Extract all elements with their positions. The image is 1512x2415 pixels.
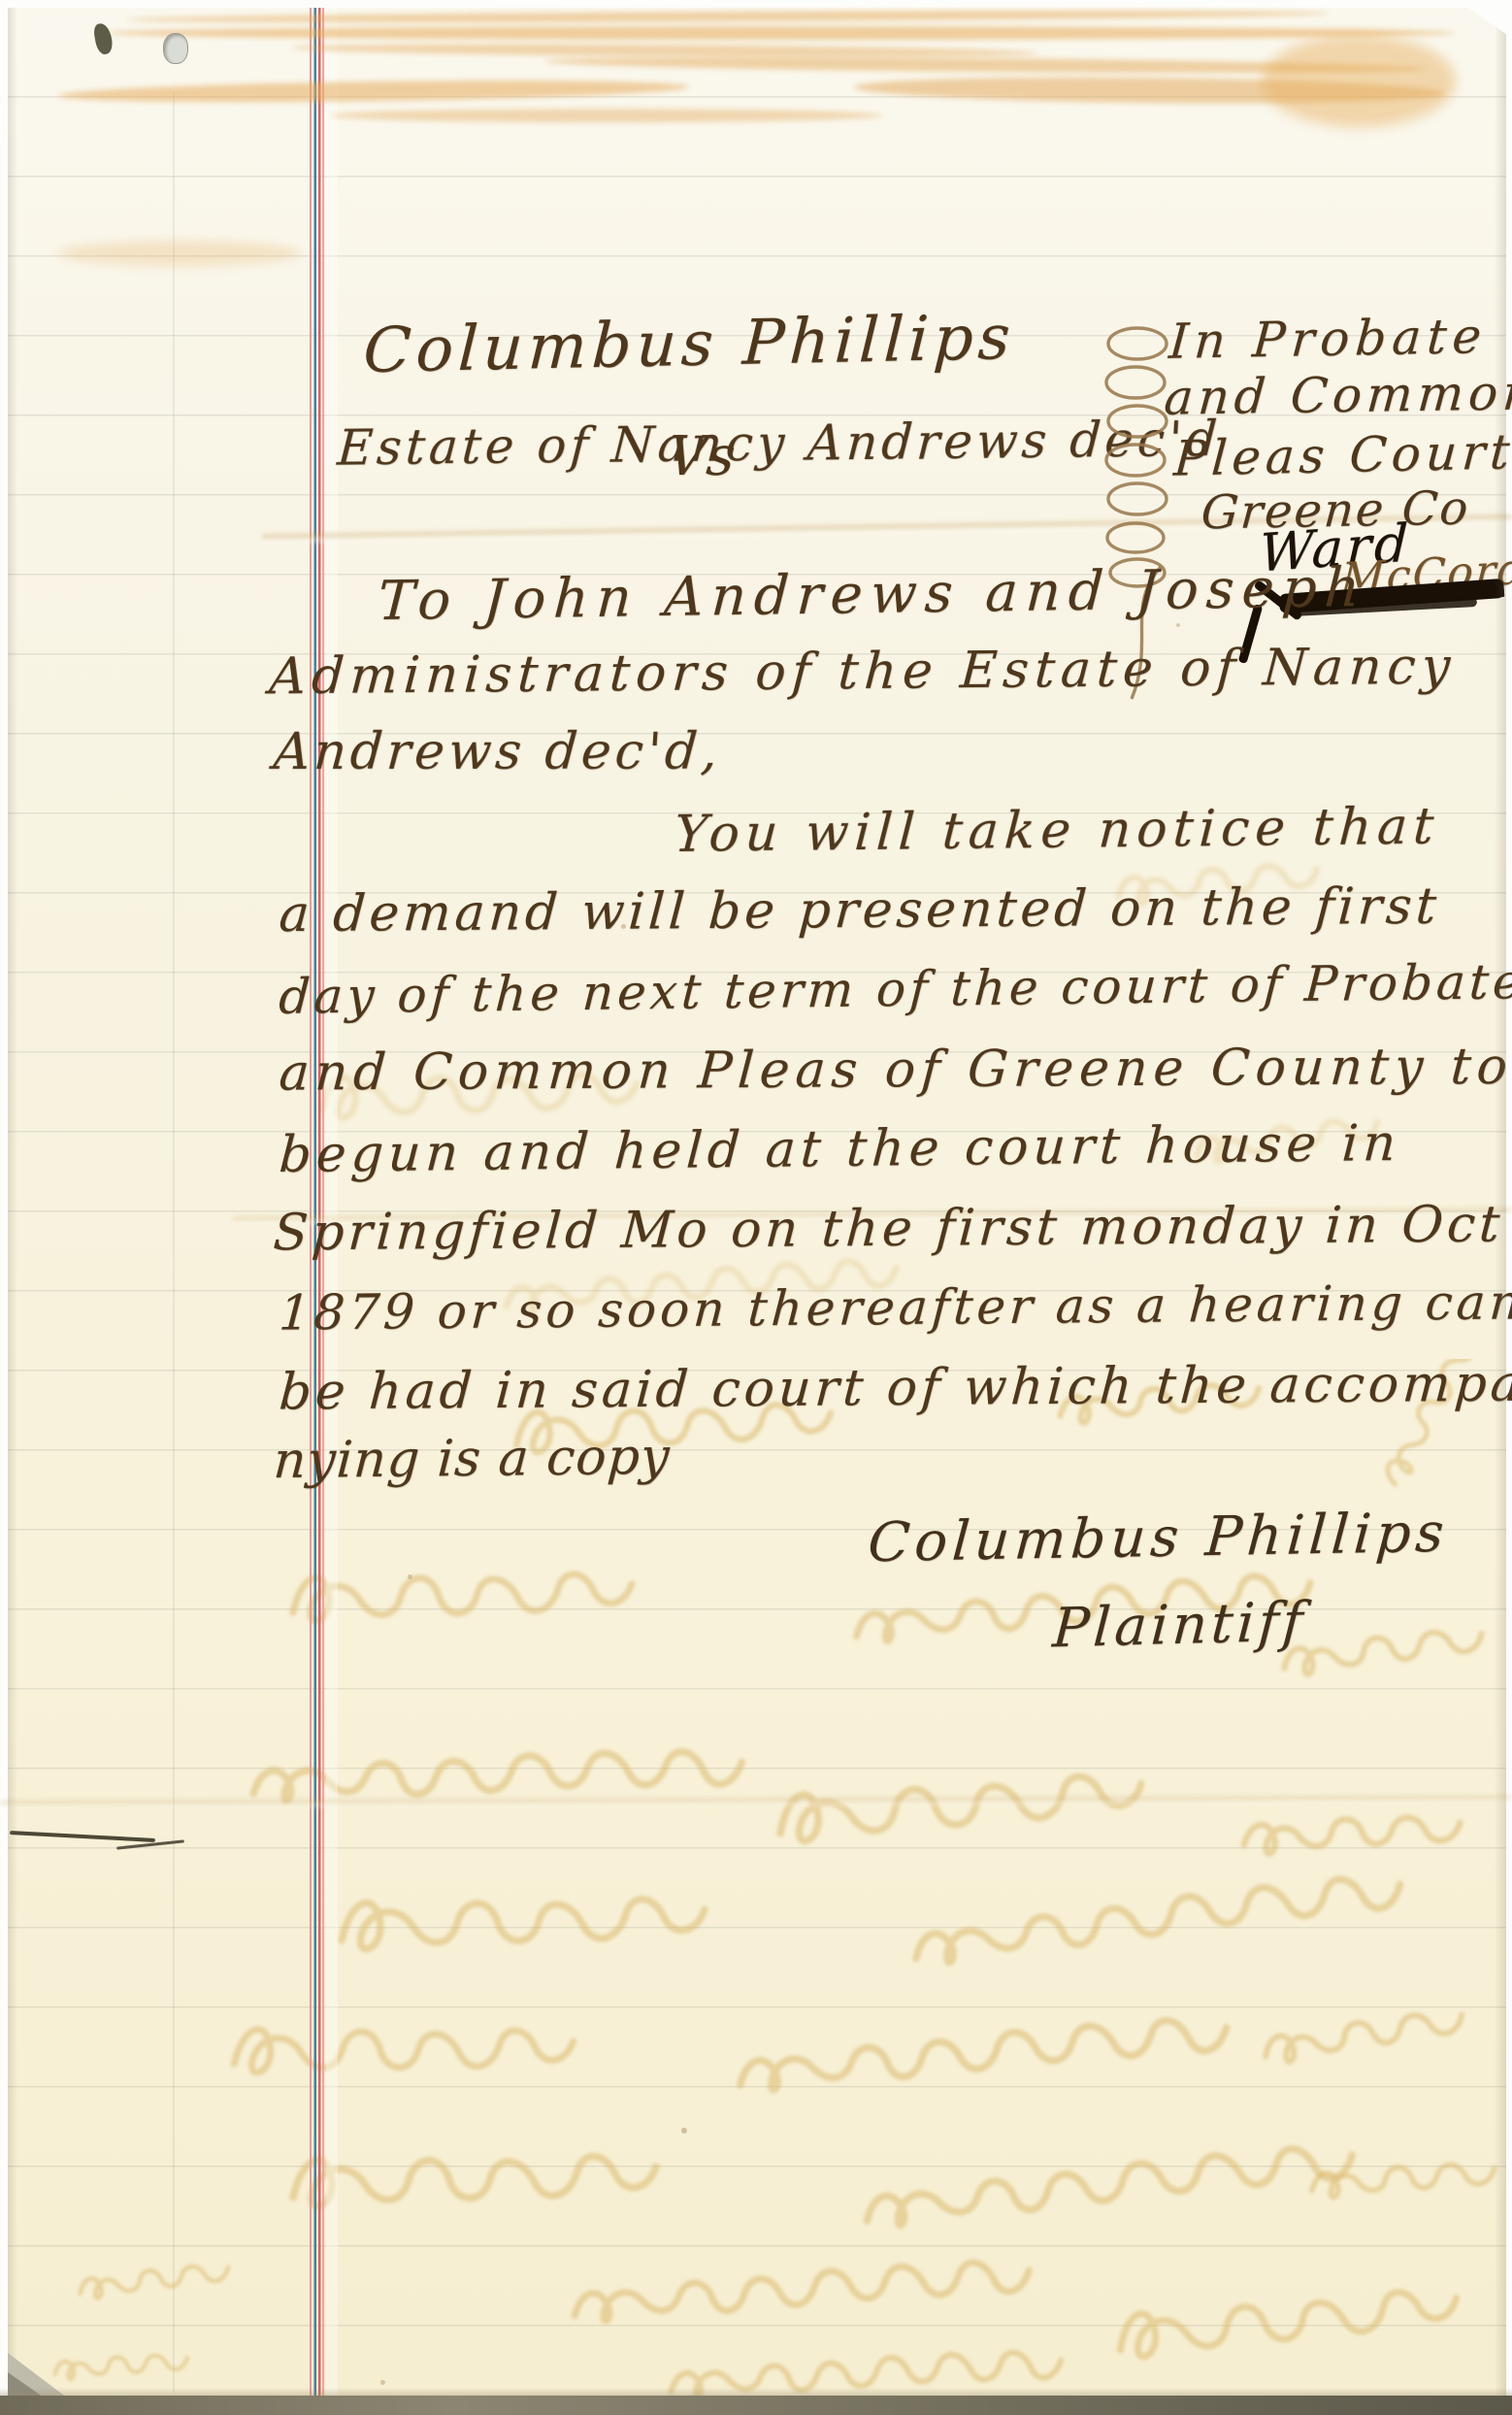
body-line: be had in said court of which the accomp…: [278, 1354, 1512, 1421]
age-spot: [681, 2128, 687, 2134]
scanned-document: Columbus Phillips Vs Estate of Nancy And…: [0, 0, 1512, 2415]
staple-hole: [163, 33, 188, 64]
signature-name: Columbus Phillips: [866, 1502, 1450, 1574]
age-spot: [621, 924, 626, 929]
salutation-line2: Administrators of the Estate of Nancy: [268, 638, 1458, 707]
caption-court-line1: In Probate: [1167, 308, 1490, 370]
caption-respondent: Estate of Nancy Andrews dec'd: [336, 411, 1223, 477]
signature-title: Plaintiff: [1051, 1591, 1308, 1661]
stain-streak: [330, 109, 883, 122]
caption-court-line2: and Common: [1163, 364, 1512, 425]
body-line: begun and held at the court house in: [278, 1114, 1402, 1184]
body-line: and Common Pleas of Greene County to be: [278, 1037, 1512, 1102]
age-spot: [408, 1574, 412, 1579]
body-line: a demand will be presented on the first: [278, 877, 1442, 943]
body-line: You will take notice that: [673, 798, 1441, 864]
margin-line: [309, 8, 326, 2398]
stain-blob: [58, 241, 301, 266]
age-spot: [380, 2380, 385, 2385]
age-spot: [1176, 623, 1180, 627]
caption-party-name: Columbus Phillips: [362, 302, 1017, 387]
stain-streak: [107, 26, 1456, 40]
body-line: nying is a copy: [272, 1428, 672, 1490]
stain-blob: [1262, 35, 1456, 127]
body-line: Springfield Mo on the first monday in Oc…: [272, 1196, 1505, 1263]
body-line: 1879 or so soon thereafter as a hearing …: [278, 1274, 1512, 1340]
salutation-line3: Andrews dec'd,: [272, 723, 723, 781]
caption-court-line3: Pleas Court: [1172, 423, 1512, 486]
